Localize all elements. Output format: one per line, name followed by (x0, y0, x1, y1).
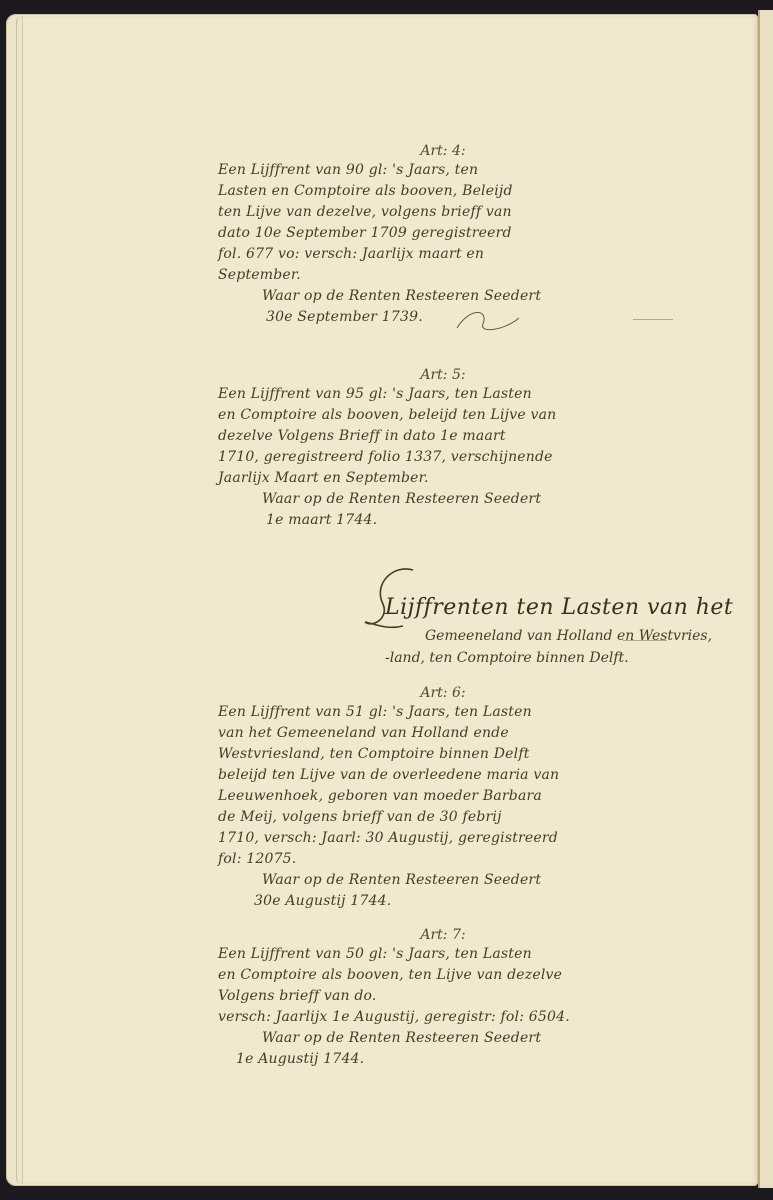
article-5: Art: 5: Een Lijffrent van 95 gl: 's Jaar… (218, 366, 628, 531)
arrears-date: 1e maart 1744. (218, 510, 628, 531)
section-title: Lijffrenten ten Lasten van het (385, 591, 773, 625)
article-line: Een Lijffrent van 90 gl: 's Jaars, ten (218, 160, 628, 181)
article-line: fol: 12075. (218, 849, 628, 870)
article-6: Art: 6: Een Lijffrent van 51 gl: 's Jaar… (218, 684, 628, 912)
article-line: Volgens brieff van do. (218, 986, 628, 1007)
article-heading: Art: 7: (218, 926, 628, 944)
article-heading: Art: 6: (218, 684, 628, 702)
arrears-date: 30e Augustij 1744. (218, 891, 628, 912)
article-line: 1710, geregistreerd folio 1337, verschij… (218, 447, 628, 468)
article-line: 1710, versch: Jaarl: 30 Augustij, geregi… (218, 828, 628, 849)
article-line: en Comptoire als booven, ten Lijve van d… (218, 965, 628, 986)
arrears-date: 30e September 1739. (218, 307, 628, 328)
article-line: versch: Jaarlijx 1e Augustij, geregistr:… (218, 1007, 628, 1028)
article-line: September. (218, 265, 628, 286)
article-4: Art: 4: Een Lijffrent van 90 gl: 's Jaar… (218, 142, 628, 328)
page-content: Art: 4: Een Lijffrent van 90 gl: 's Jaar… (23, 16, 757, 1184)
arrears-line: Waar op de Renten Resteeren Seedert (218, 1028, 628, 1049)
article-line: Een Lijffrent van 50 gl: 's Jaars, ten L… (218, 944, 628, 965)
margin-dash (623, 640, 667, 641)
article-heading: Art: 5: (218, 366, 628, 384)
ledger-page: Art: 4: Een Lijffrent van 90 gl: 's Jaar… (22, 16, 757, 1184)
article-line: fol. 677 vo: versch: Jaarlijx maart en (218, 244, 628, 265)
section-title-block: Lijffrenten ten Lasten van het Gemeenela… (385, 591, 773, 669)
article-line: dezelve Volgens Brieff in dato 1e maart (218, 426, 628, 447)
section-subtitle-line: -land, ten Comptoire binnen Delft. (385, 647, 773, 669)
article-line: Leeuwenhoek, geboren van moeder Barbara (218, 786, 628, 807)
article-line: de Meij, volgens brieff van de 30 febrij (218, 807, 628, 828)
article-line: van het Gemeeneland van Holland ende (218, 723, 628, 744)
article-line: Jaarlijx Maart en September. (218, 468, 628, 489)
article-line: Een Lijffrent van 51 gl: 's Jaars, ten L… (218, 702, 628, 723)
arrears-date: 1e Augustij 1744. (218, 1049, 628, 1070)
arrears-line: Waar op de Renten Resteeren Seedert (218, 870, 628, 891)
article-line: en Comptoire als booven, beleijd ten Lij… (218, 405, 628, 426)
article-line: beleijd ten Lijve van de overleedene mar… (218, 765, 628, 786)
arrears-line: Waar op de Renten Resteeren Seedert (218, 286, 628, 307)
margin-dash (633, 319, 673, 320)
article-line: Westvriesland, ten Comptoire binnen Delf… (218, 744, 628, 765)
article-heading: Art: 4: (218, 142, 628, 160)
article-line: ten Lijve van dezelve, volgens brieff va… (218, 202, 628, 223)
article-7: Art: 7: Een Lijffrent van 50 gl: 's Jaar… (218, 926, 628, 1070)
section-subtitle-line: Gemeeneland van Holland en Westvries, (385, 625, 773, 647)
arrears-line: Waar op de Renten Resteeren Seedert (218, 489, 628, 510)
article-line: dato 10e September 1709 geregistreerd (218, 223, 628, 244)
article-line: Een Lijffrent van 95 gl: 's Jaars, ten L… (218, 384, 628, 405)
article-line: Lasten en Comptoire als booven, Beleijd (218, 181, 628, 202)
